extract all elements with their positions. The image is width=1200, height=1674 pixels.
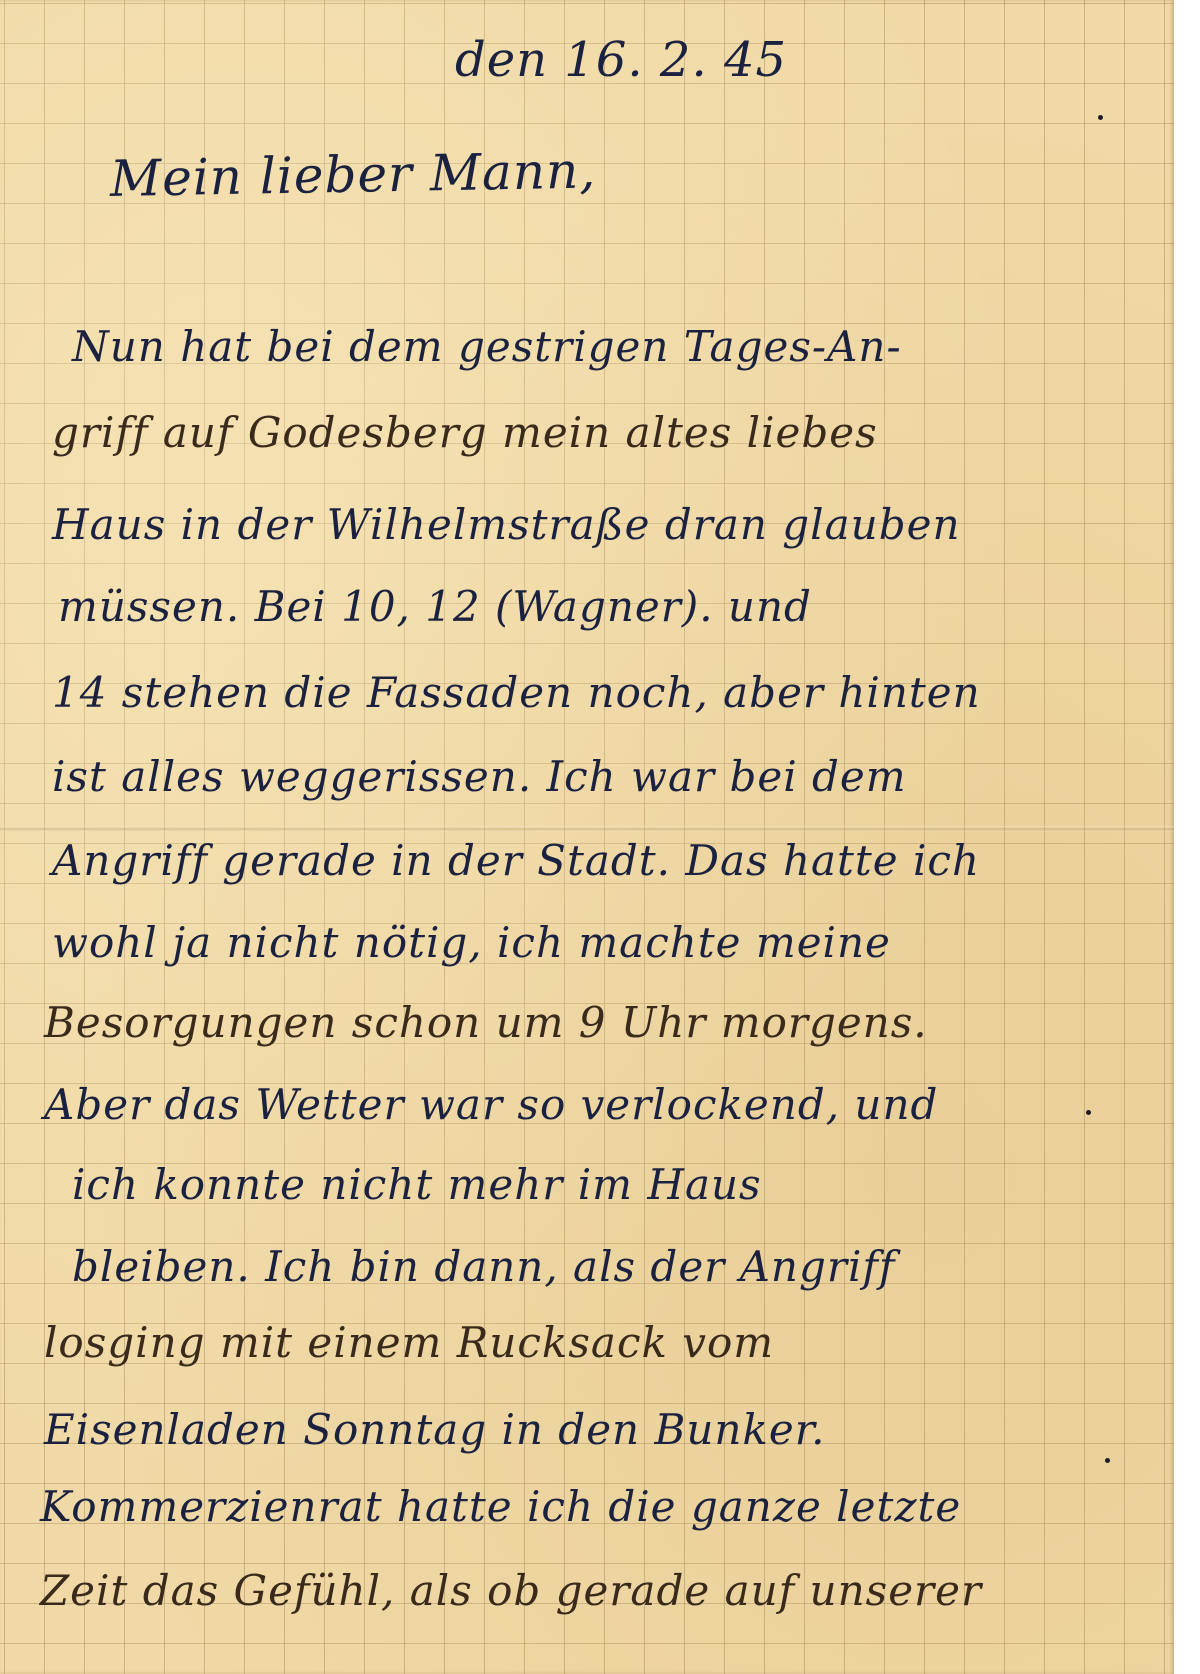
- letter-salutation: Mein lieber Mann,: [109, 142, 596, 208]
- letter-line: müssen. Bei 10, 12 (Wagner). und: [58, 582, 812, 631]
- letter-line: Besorgungen schon um 9 Uhr morgens.: [44, 998, 928, 1047]
- letter-line: Aber das Wetter war so verlockend, und: [44, 1080, 938, 1129]
- letter-line: wohl ja nicht nötig, ich machte meine: [52, 918, 891, 967]
- letter-line: griff auf Godesberg mein altes liebes: [52, 408, 878, 457]
- letter-line: Haus in der Wilhelmstraße dran glauben: [52, 500, 961, 549]
- letter-line: bleiben. Ich bin dann, als der Angriff: [72, 1242, 895, 1291]
- letter-line: ist alles weggerissen. Ich war bei dem: [52, 752, 907, 801]
- letter-line: Angriff gerade in der Stadt. Das hatte i…: [52, 836, 980, 885]
- letter-line: Kommerzienrat hatte ich die ganze letzte: [40, 1482, 961, 1531]
- letter-line: Eisenladen Sonntag in den Bunker.: [44, 1405, 826, 1454]
- ink-speck: [1098, 115, 1103, 120]
- letter-line: Zeit das Gefühl, als ob gerade auf unser…: [40, 1566, 982, 1615]
- letter-line: losging mit einem Rucksack vom: [44, 1318, 774, 1367]
- letter-line: Nun hat bei dem gestrigen Tages-An-: [72, 322, 902, 371]
- letter-line: ich konnte nicht mehr im Haus: [72, 1160, 762, 1209]
- letter-line: 14 stehen die Fassaden noch, aber hinten: [52, 668, 981, 717]
- ink-speck: [1105, 1458, 1110, 1463]
- paper-fold-crease: [0, 826, 1174, 832]
- ink-speck: [1086, 1110, 1091, 1115]
- letter-date: den 16. 2. 45: [455, 32, 787, 88]
